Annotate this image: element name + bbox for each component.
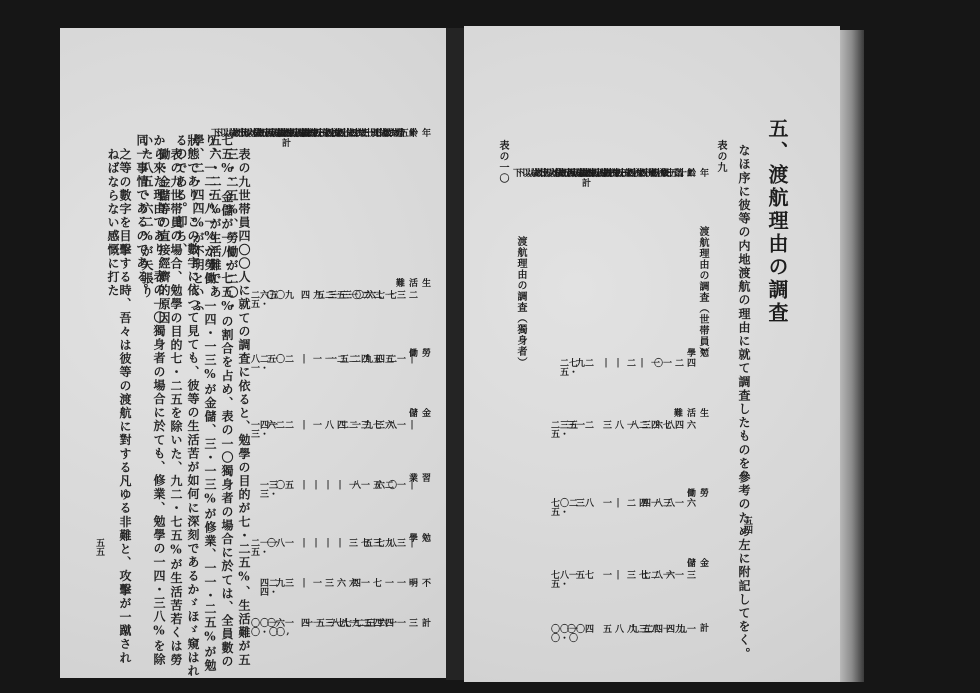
table10-label: 表の一〇: [495, 140, 510, 184]
table9-header-hardship: 生活難: [671, 408, 710, 420]
table9-header-total: 計: [697, 623, 710, 635]
page-edge: [840, 30, 864, 682]
table9-label: 表の九: [713, 140, 728, 173]
body-paragraph-line: 之等の數字を目擊する時、吾々は彼等の渡航に對する凡ゆる非難と、攻擊が一蹴されねば…: [107, 148, 131, 678]
page-number: 五五: [93, 538, 106, 556]
book-gutter: [446, 28, 464, 680]
table9-header-money: 金儲: [684, 558, 710, 570]
table10-header-money: 金儲: [406, 408, 432, 420]
left-page: 年齢階級別 生活難 勞働 金儲 習業 勉學 不明 計 十五歳以下 二 | | |…: [60, 28, 446, 678]
intro-text: なほ序に彼等の内地渡航の理由に就て調査したものを參考のため左に附記してをく。: [738, 144, 750, 661]
table10-header-hardship: 生活難: [393, 278, 432, 290]
section-title: 五、渡航理由の調査: [763, 118, 792, 325]
book-spread: 五、渡航理由の調査 なほ序に彼等の内地渡航の理由に就て調査したものを參考のため左…: [0, 0, 980, 693]
table10-caption: 渡航理由の調査（獨身者）: [513, 236, 528, 368]
page-number: 五四: [741, 516, 754, 534]
table10-header-total: 計: [419, 618, 432, 630]
body-paragraph-line: 同一事情であるのである。: [136, 134, 148, 297]
right-page: 五、渡航理由の調査 なほ序に彼等の内地渡航の理由に就て調査したものを參考のため左…: [464, 26, 840, 682]
